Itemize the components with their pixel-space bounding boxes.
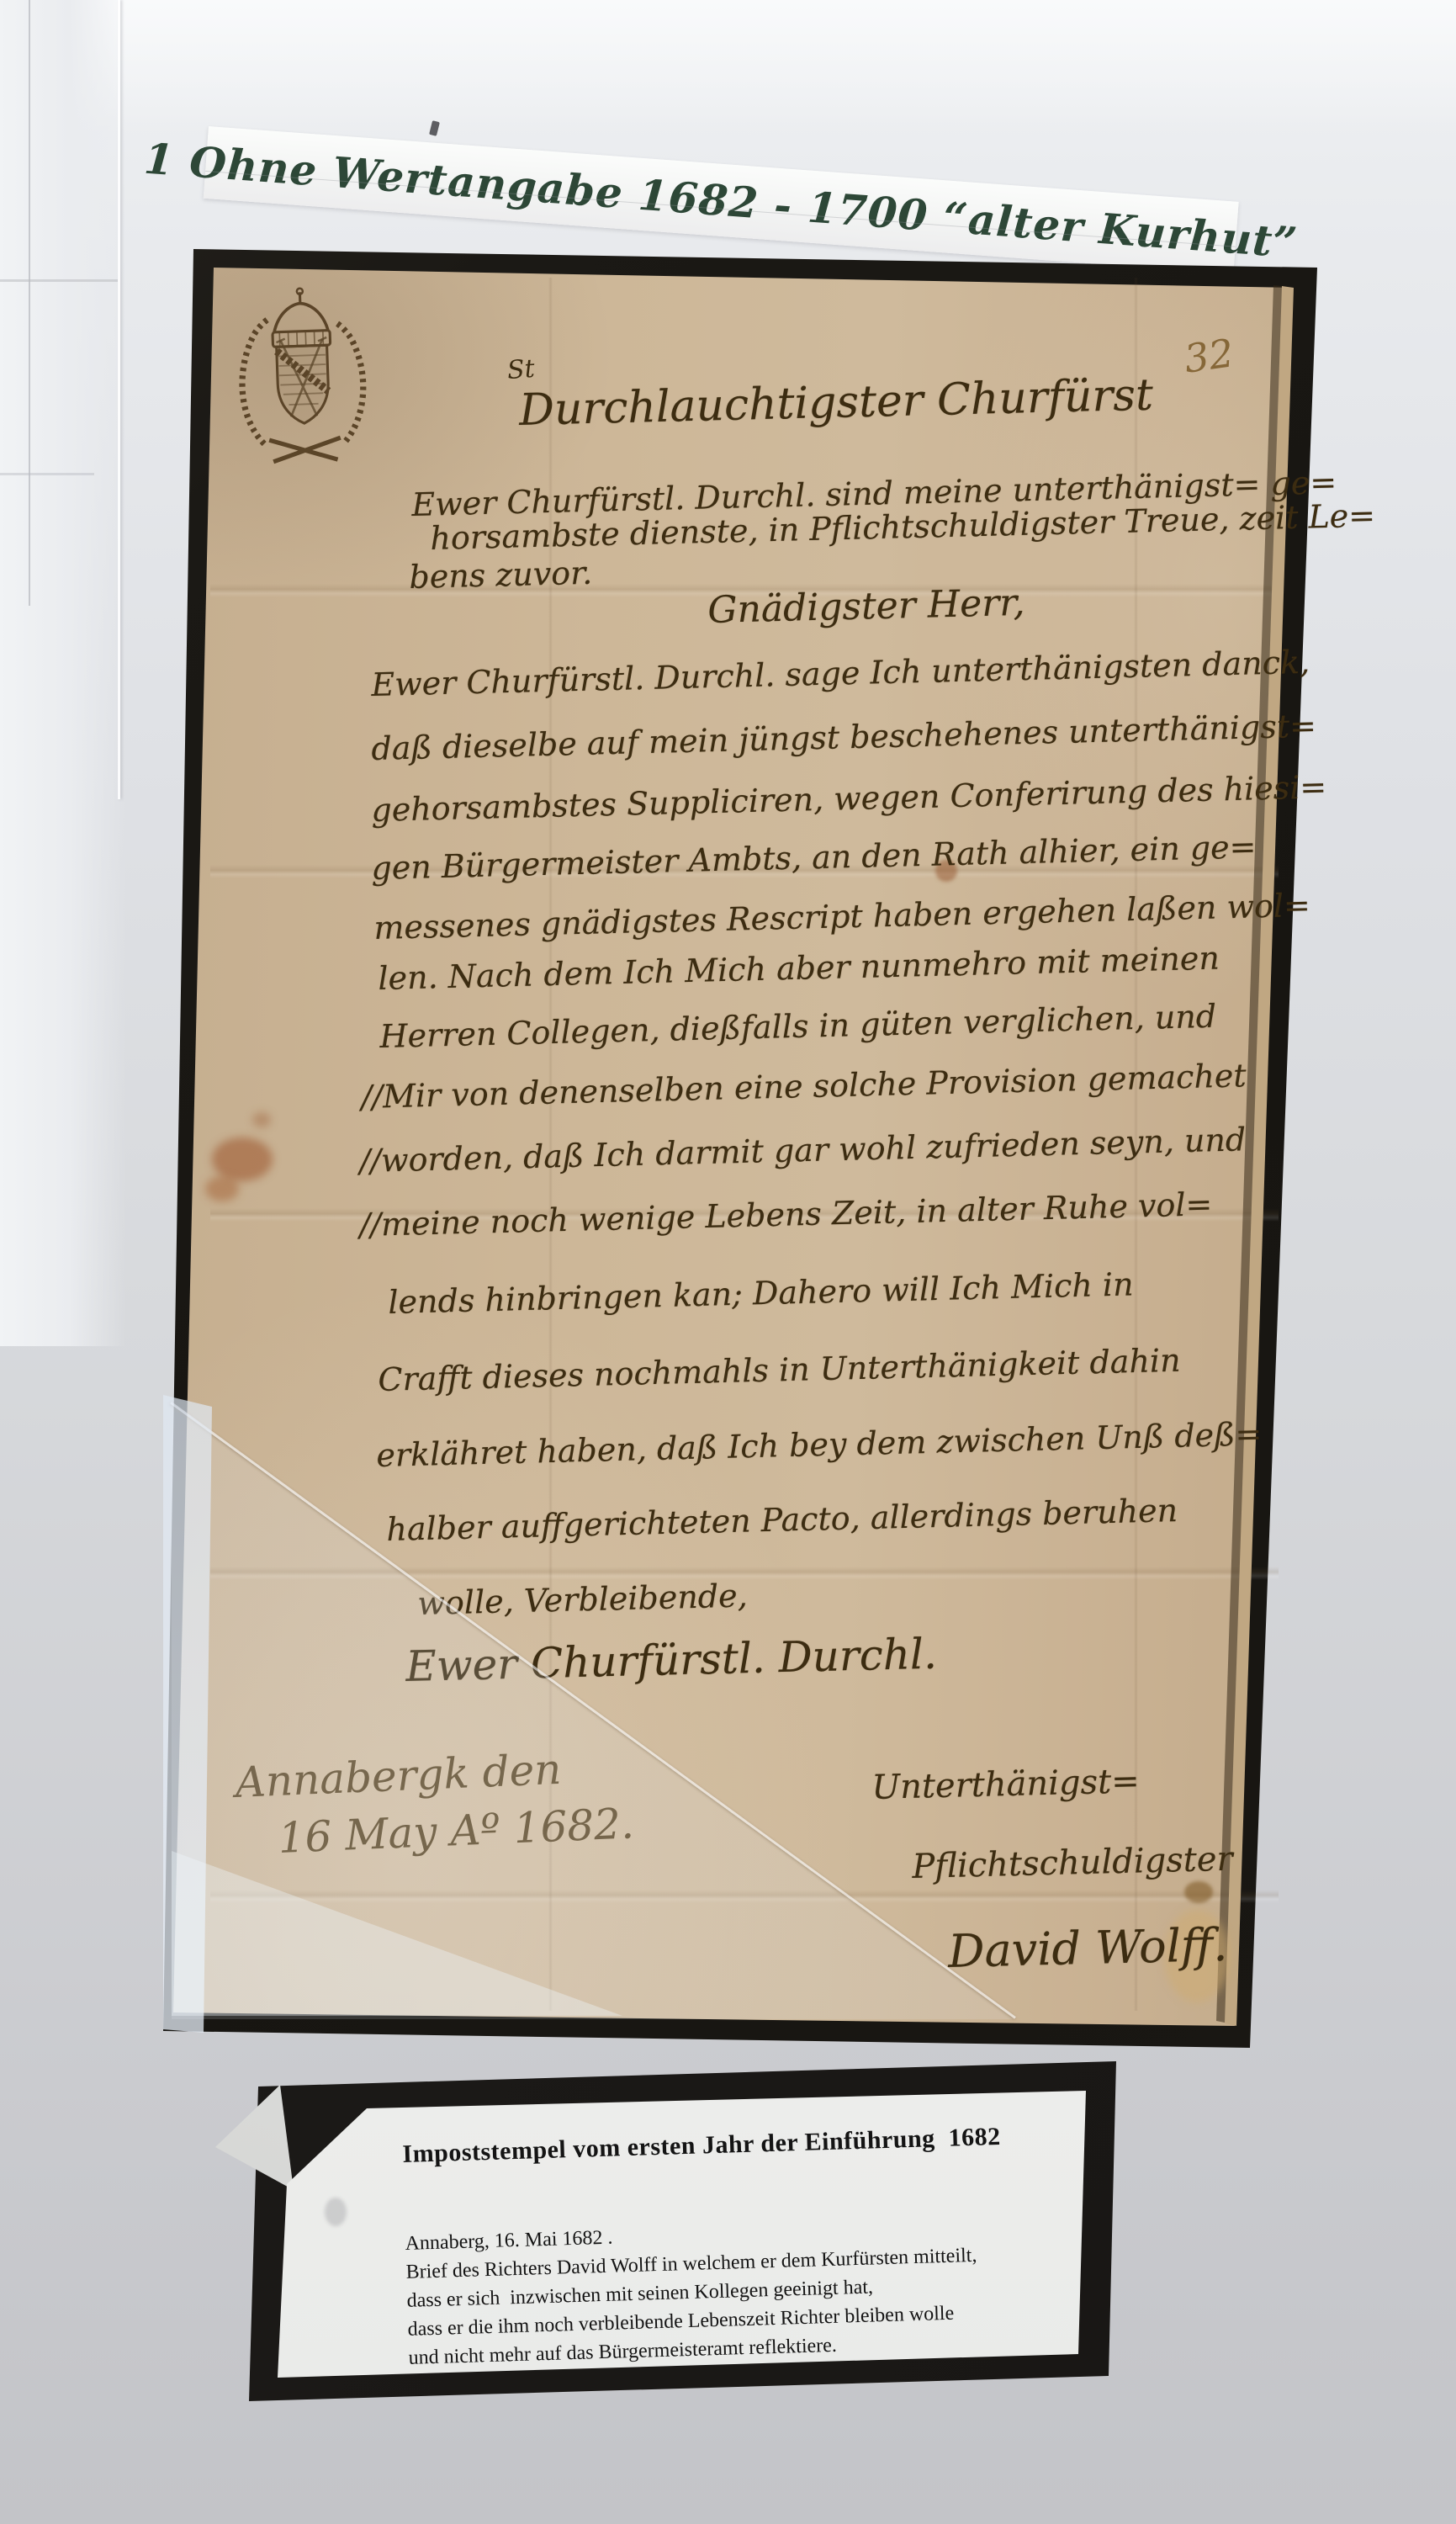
- manuscript-line: bens zuvor.: [409, 554, 593, 596]
- manuscript-line: Pflichtschuldigster: [912, 1840, 1233, 1886]
- manuscript-line: messenes gnädigstes Rescript haben ergeh…: [373, 887, 1310, 946]
- manuscript-line: len. Nach dem Ich Mich aber nunmehro mit…: [378, 940, 1220, 997]
- photo-of-album-page: 1 Ohne Wertangabe 1682 - 1700 “alter Kur…: [0, 0, 1456, 2524]
- manuscript-line: Durchlauchtigster Churfürst: [519, 370, 1154, 436]
- manuscript-line: lends hinbringen kan; Dahero will Ich Mi…: [388, 1265, 1134, 1321]
- manuscript-line: Unterthänigst=: [871, 1762, 1140, 1807]
- manuscript-line: erklähret haben, daß Ich bey dem zwische…: [376, 1415, 1263, 1474]
- manuscript-line: Gnädigster Herr,: [707, 581, 1025, 632]
- manuscript-line: //worden, daß Ich darmit gar wohl zufrie…: [359, 1121, 1247, 1180]
- caption-text-block: Impoststempel vom ersten Jahr der Einfüh…: [402, 2120, 1099, 2373]
- manuscript-line: wolle, Verbleibende,: [417, 1577, 748, 1622]
- manuscript-line: gen Bürgermeister Ambts, an den Rath alh…: [371, 828, 1257, 887]
- caption-smudge: [325, 2198, 347, 2226]
- manuscript-line: Ewer Churfürstl. Durchl. sage Ich untert…: [371, 644, 1310, 703]
- caption-body: Annaberg, 16. Mai 1682 .Brief des Richte…: [405, 2209, 1099, 2373]
- manuscript-line: gehorsambstes Suppliciren, wegen Conferi…: [371, 768, 1327, 829]
- manuscript-line: //Mir von denenselben eine solche Provis…: [361, 1057, 1247, 1116]
- manuscript-line: daß dieselbe auf mein jüngst beschehenes…: [371, 708, 1316, 767]
- manuscript-line: Crafft dieses nochmahls in Unterthänigke…: [378, 1342, 1181, 1398]
- manuscript-line: //meine noch wenige Lebens Zeit, in alte…: [359, 1185, 1213, 1243]
- manuscript-line: David Wolff.: [947, 1918, 1227, 1978]
- manuscript-line: Herren Collegen, dießfalls in güten verg…: [379, 998, 1217, 1055]
- manuscript-line: halber auffgerichteten Pacto, allerdings…: [386, 1492, 1178, 1548]
